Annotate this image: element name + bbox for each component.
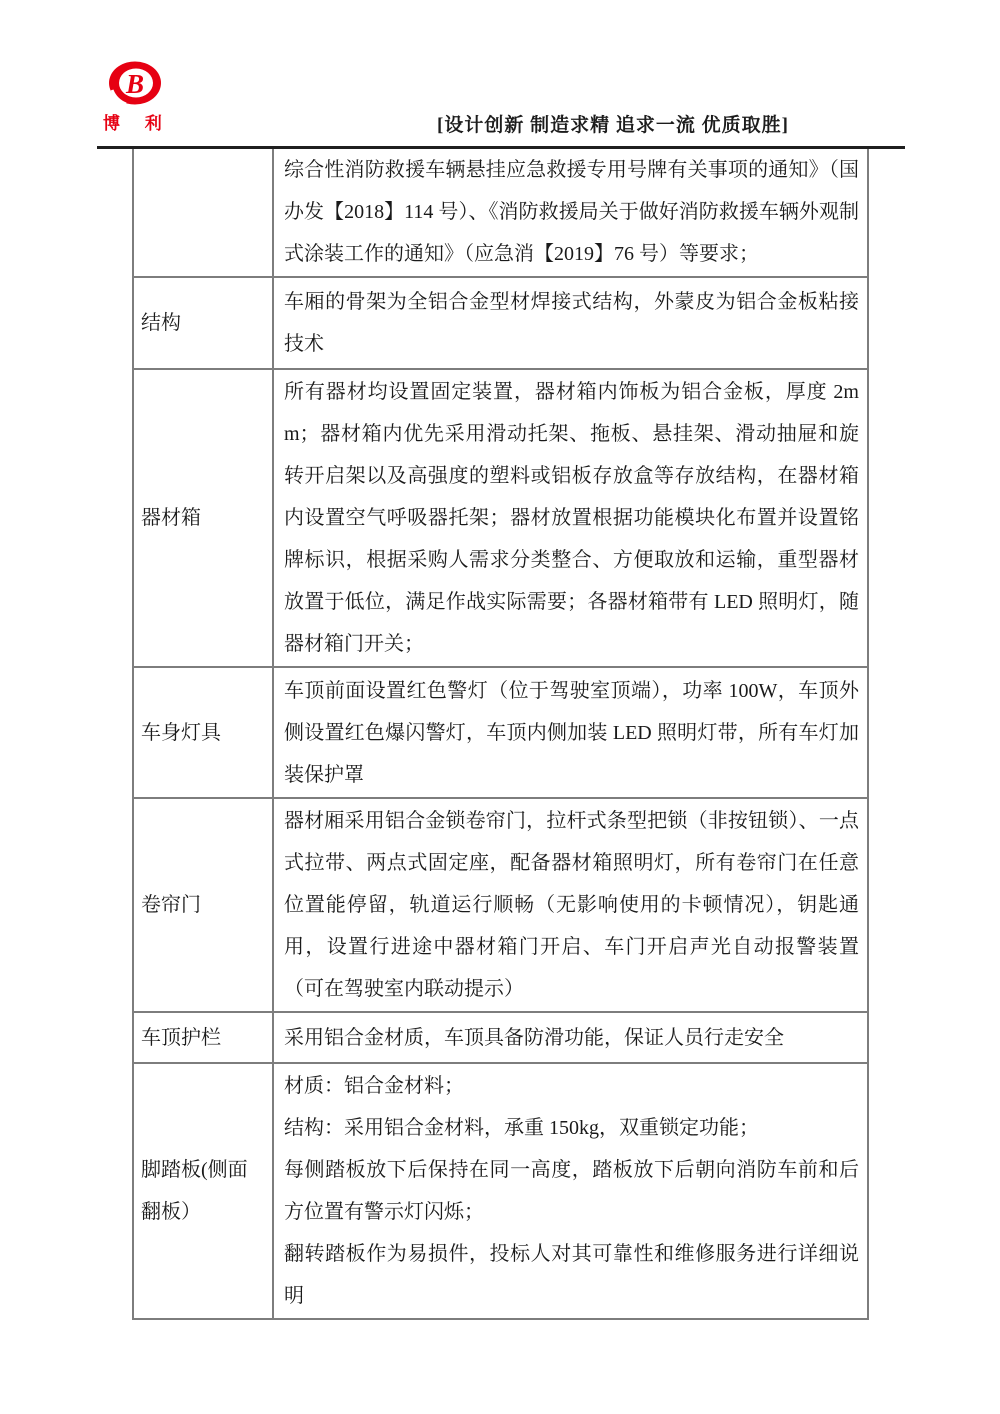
content-paragraph: 车顶前面设置红色警灯（位于驾驶室顶端），功率 100W，车顶外侧设置红色爆闪警灯… [284, 670, 859, 796]
content-paragraph: 器材厢采用铝合金锁卷帘门，拉杆式条型把锁（非按钮锁）、一点式拉带、两点式固定座，… [284, 800, 859, 1010]
svg-text:B: B [125, 69, 144, 99]
table-row: 卷帘门器材厢采用铝合金锁卷帘门，拉杆式条型把锁（非按钮锁）、一点式拉带、两点式固… [133, 798, 868, 1012]
row-content: 综合性消防救援车辆悬挂应急救援专用号牌有关事项的通知》（国办发【2018】114… [273, 147, 868, 277]
spec-table: 综合性消防救援车辆悬挂应急救援专用号牌有关事项的通知》（国办发【2018】114… [132, 146, 869, 1320]
row-content: 车厢的骨架为全铝合金型材焊接式结构，外蒙皮为铝合金板粘接技术 [273, 277, 868, 369]
row-label: 结构 [133, 277, 273, 369]
table-row: 脚踏板(侧面翻板）材质：铝合金材料；结构：采用铝合金材料，承重 150kg，双重… [133, 1063, 868, 1319]
table-row: 器材箱所有器材均设置固定装置，器材箱内饰板为铝合金板，厚度 2mm；器材箱内优先… [133, 369, 868, 667]
content-paragraph: 材质：铝合金材料； [284, 1065, 859, 1107]
company-logo: B 博 利 [99, 60, 171, 134]
spec-table-body: 综合性消防救援车辆悬挂应急救援专用号牌有关事项的通知》（国办发【2018】114… [133, 147, 868, 1319]
content-paragraph: 翻转踏板作为易损件，投标人对其可靠性和维修服务进行详细说明 [284, 1233, 859, 1317]
row-content: 材质：铝合金材料；结构：采用铝合金材料，承重 150kg，双重锁定功能；每侧踏板… [273, 1063, 868, 1319]
row-content: 所有器材均设置固定装置，器材箱内饰板为铝合金板，厚度 2mm；器材箱内优先采用滑… [273, 369, 868, 667]
table-row: 综合性消防救援车辆悬挂应急救援专用号牌有关事项的通知》（国办发【2018】114… [133, 147, 868, 277]
row-content: 采用铝合金材质，车顶具备防滑功能，保证人员行走安全 [273, 1012, 868, 1063]
content-paragraph: 车厢的骨架为全铝合金型材焊接式结构，外蒙皮为铝合金板粘接技术 [284, 281, 859, 365]
document-page: B 博 利 [设计创新 制造求精 追求一流 优质取胜] 综合性消防救援车辆悬挂应… [0, 0, 1000, 1414]
table-row: 结构车厢的骨架为全铝合金型材焊接式结构，外蒙皮为铝合金板粘接技术 [133, 277, 868, 369]
content-paragraph: 采用铝合金材质，车顶具备防滑功能，保证人员行走安全 [284, 1017, 859, 1059]
logo-swirl-b-icon: B [106, 60, 164, 108]
row-label: 车顶护栏 [133, 1012, 273, 1063]
content-paragraph: 综合性消防救援车辆悬挂应急救援专用号牌有关事项的通知》（国办发【2018】114… [284, 149, 859, 275]
table-row: 车身灯具车顶前面设置红色警灯（位于驾驶室顶端），功率 100W，车顶外侧设置红色… [133, 667, 868, 798]
content-paragraph: 所有器材均设置固定装置，器材箱内饰板为铝合金板，厚度 2mm；器材箱内优先采用滑… [284, 371, 859, 665]
row-label: 器材箱 [133, 369, 273, 667]
row-label: 卷帘门 [133, 798, 273, 1012]
logo-company-name: 博 利 [99, 109, 171, 134]
header-rule [97, 146, 905, 149]
header-slogan: [设计创新 制造求精 追求一流 优质取胜] [437, 110, 789, 137]
row-label: 车身灯具 [133, 667, 273, 798]
row-label [133, 147, 273, 277]
table-row: 车顶护栏采用铝合金材质，车顶具备防滑功能，保证人员行走安全 [133, 1012, 868, 1063]
content-paragraph: 结构：采用铝合金材料，承重 150kg，双重锁定功能； [284, 1107, 859, 1149]
row-content: 车顶前面设置红色警灯（位于驾驶室顶端），功率 100W，车顶外侧设置红色爆闪警灯… [273, 667, 868, 798]
content-paragraph: 每侧踏板放下后保持在同一高度，踏板放下后朝向消防车前和后方位置有警示灯闪烁； [284, 1149, 859, 1233]
row-content: 器材厢采用铝合金锁卷帘门，拉杆式条型把锁（非按钮锁）、一点式拉带、两点式固定座，… [273, 798, 868, 1012]
row-label: 脚踏板(侧面翻板） [133, 1063, 273, 1319]
